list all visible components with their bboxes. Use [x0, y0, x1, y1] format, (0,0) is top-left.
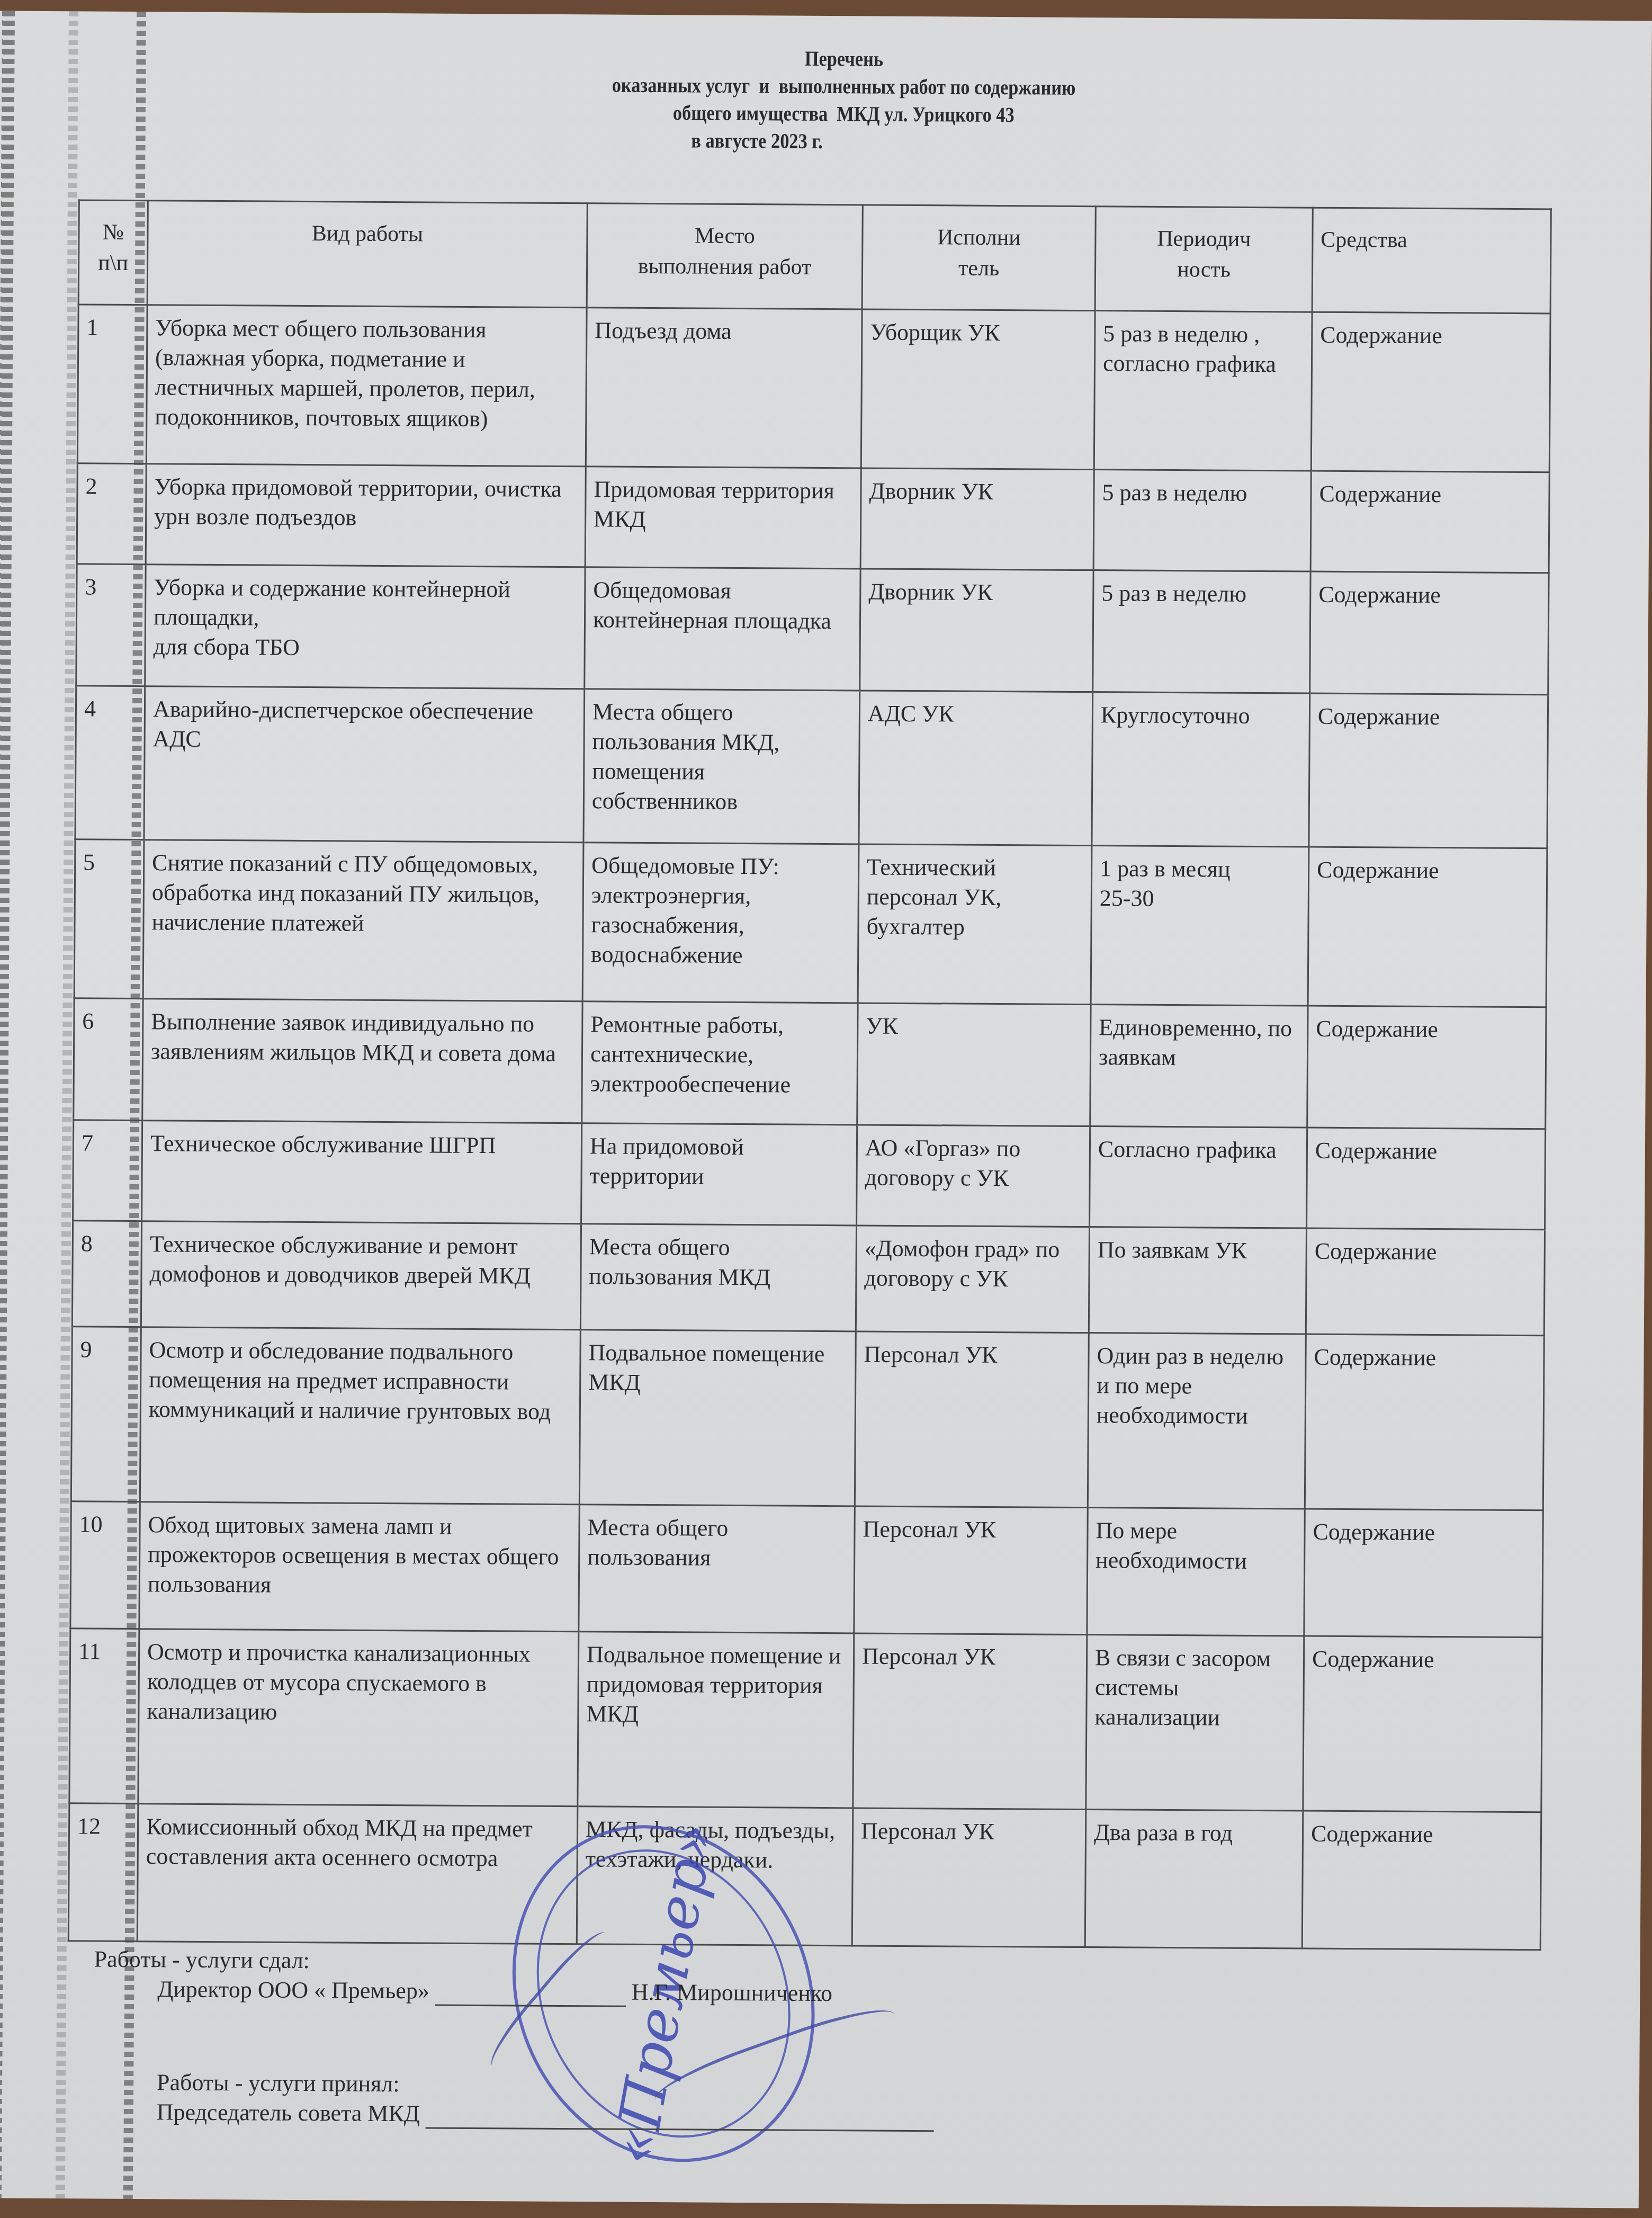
cell-executor: Дворник УК	[860, 468, 1094, 570]
document-title: Перечень оказанных услуг и выполненных р…	[115, 41, 1536, 159]
cell-number: 1	[77, 305, 147, 464]
cell-number: 9	[71, 1327, 141, 1502]
cell-periodicity: 1 раз в месяц 25-30	[1091, 846, 1309, 1006]
cell-funds: Содержание	[1303, 1636, 1542, 1812]
header-executor: Исполни тель	[862, 205, 1096, 311]
cell-number: 11	[69, 1629, 139, 1804]
cell-work-type: Техническое обслуживание ШГРП	[142, 1121, 582, 1224]
cell-number: 3	[76, 564, 146, 686]
cell-work-type: Обход щитовых замена ламп и прожекторов …	[139, 1502, 579, 1632]
cell-executor: Персонал УК	[853, 1633, 1087, 1810]
cell-work-type: Снятие показаний с ПУ общедомовых, обраб…	[143, 840, 583, 1001]
cell-periodicity: 5 раз в неделю	[1093, 570, 1310, 694]
cell-place: Подъезд дома	[586, 308, 862, 468]
cell-periodicity: 5 раз в неделю , согласно графика	[1094, 311, 1312, 471]
cell-place: Места общего пользования МКД, помещения …	[583, 689, 860, 844]
cell-number: 4	[75, 686, 145, 840]
cell-number: 6	[74, 998, 143, 1121]
director-row: Директор ООО « Премьер» Н.Г. Мирошниченк…	[94, 1974, 935, 2009]
cell-funds: Содержание	[1307, 1006, 1546, 1129]
table-row: 4Аварийно-диспетчерское обеспечение АДСМ…	[75, 686, 1548, 848]
cell-executor: УК	[857, 1003, 1091, 1126]
cell-work-type: Выполнение заявок индивидуально по заявл…	[142, 999, 582, 1123]
table-row: 6Выполнение заявок индивидуально по заяв…	[74, 998, 1546, 1129]
cell-funds: Содержание	[1305, 1334, 1544, 1510]
cell-number: 7	[73, 1120, 142, 1221]
header-work-type: Вид работы	[147, 201, 587, 308]
cell-number: 12	[68, 1803, 138, 1942]
cell-executor: Персонал УК	[852, 1808, 1086, 1947]
director-label: Директор ООО « Премьер»	[157, 1976, 429, 2004]
cell-periodicity: По заявкам УК	[1089, 1227, 1306, 1335]
header-periodicity: Периодич ность	[1095, 207, 1313, 312]
cell-funds: Содержание	[1304, 1509, 1543, 1638]
handed-over-label: Работы - услуги сдал:	[94, 1945, 935, 1980]
table-row: 11Осмотр и прочистка канализационных кол…	[69, 1629, 1542, 1812]
cell-funds: Содержание	[1307, 1128, 1546, 1230]
cell-work-type: Комиссионный обход МКД на предмет состав…	[137, 1804, 578, 1944]
cell-place: Места общего пользования	[579, 1505, 855, 1633]
chairman-row: Председатель совета МКД	[93, 2097, 934, 2132]
cell-periodicity: Два раза в год	[1085, 1810, 1303, 1948]
table-row: 3Уборка и содержание контейнерной площад…	[76, 564, 1549, 695]
table-row: 7Техническое обслуживание ШГРПНа придомо…	[73, 1120, 1546, 1230]
header-place: Место выполнения работ	[587, 203, 863, 309]
cell-periodicity: В связи с засором системы канализации	[1086, 1635, 1304, 1811]
cell-executor: АДС УК	[859, 691, 1093, 846]
chairman-label: Председатель совета МКД	[157, 2099, 420, 2126]
cell-place: Ремонтные работы, сантехнические, электр…	[582, 1001, 858, 1125]
cell-work-type: Уборка мест общего пользования (влажная …	[146, 305, 587, 467]
table-row: 10Обход щитовых замена ламп и прожекторо…	[70, 1501, 1543, 1638]
cell-place: Общедомовая контейнерная площадка	[585, 567, 860, 691]
document-page: Перечень оказанных услуг и выполненных р…	[0, 11, 1652, 2203]
header-funds: Средства	[1312, 208, 1551, 314]
table-row: 12Комиссионный обход МКД на предмет сост…	[68, 1803, 1541, 1950]
cell-executor: «Домофон град» по договору с УК	[856, 1226, 1089, 1333]
cell-funds: Содержание	[1310, 571, 1549, 695]
cell-work-type: Осмотр и прочистка канализационных колод…	[138, 1629, 579, 1806]
header-number: № п\п	[78, 200, 148, 305]
table-row: 8Техническое обслуживание и ремонт домоф…	[72, 1221, 1545, 1336]
cell-executor: Технический персонал УК, бухгалтер	[858, 844, 1092, 1005]
cell-funds: Содержание	[1311, 312, 1550, 472]
table-row: 2Уборка придомовой территории, очистка у…	[77, 463, 1549, 573]
cell-funds: Содержание	[1309, 693, 1548, 848]
cell-number: 2	[77, 463, 146, 565]
director-name: Н.Г. Мирошниченко	[632, 1979, 833, 2006]
cell-place: Подвальное помещение и придомовая террит…	[578, 1632, 854, 1808]
cell-periodicity: Единовременно, по заявкам	[1090, 1005, 1308, 1128]
cell-periodicity: Согласно графика	[1090, 1126, 1307, 1229]
cell-executor: АО «Горгаз» по договору с УК	[857, 1125, 1090, 1227]
cell-work-type: Уборка и содержание контейнерной площадк…	[145, 565, 585, 689]
cell-work-type: Аварийно-диспетчерское обеспечение АДС	[144, 686, 585, 843]
cell-periodicity: Круглосуточно	[1092, 692, 1310, 847]
cell-executor: Уборщик УК	[861, 309, 1095, 470]
cell-place: Общедомовые ПУ: электроэнергия, газоснаб…	[582, 843, 859, 1003]
cell-executor: Персонал УК	[854, 1506, 1088, 1635]
cell-place: Придомовая территория МКД	[585, 467, 861, 569]
cell-funds: Содержание	[1310, 471, 1549, 573]
cell-executor: Персонал УК	[855, 1331, 1089, 1508]
cell-periodicity: 5 раз в неделю	[1093, 470, 1311, 572]
works-table: № п\п Вид работы Место выполнения работ …	[68, 199, 1552, 1951]
cell-place: Места общего пользования МКД	[580, 1224, 856, 1331]
table-row: 9Осмотр и обследование подвального помещ…	[71, 1327, 1544, 1510]
table-row: 5Снятие показаний с ПУ общедомовых, обра…	[74, 839, 1547, 1007]
signature-block: Работы - услуги сдал: Директор ООО « Пре…	[93, 1945, 935, 2132]
cell-number: 8	[72, 1221, 141, 1327]
cell-executor: Дворник УК	[860, 569, 1093, 692]
cell-funds: Содержание	[1308, 847, 1547, 1007]
cell-place: Подвальное помещение МКД	[579, 1330, 856, 1506]
cell-funds: Содержание	[1302, 1811, 1541, 1950]
cell-work-type: Техническое обслуживание и ремонт домофо…	[141, 1221, 581, 1330]
cell-number: 5	[74, 839, 144, 999]
cell-place: На придомовой территории	[581, 1123, 857, 1226]
cell-periodicity: По мере необходимости	[1087, 1508, 1305, 1636]
cell-work-type: Осмотр и обследование подвального помеще…	[140, 1327, 580, 1505]
table-header-row: № п\п Вид работы Место выполнения работ …	[78, 200, 1551, 314]
binder-perforation	[0, 11, 15, 2198]
cell-work-type: Уборка придомовой территории, очистка ур…	[146, 464, 586, 567]
cell-funds: Содержание	[1306, 1228, 1545, 1336]
table-row: 1Уборка мест общего пользования (влажная…	[77, 305, 1550, 472]
accepted-label: Работы - услуги принял:	[93, 2068, 934, 2103]
cell-periodicity: Один раз в неделю и по мере необходимост…	[1088, 1333, 1306, 1509]
cell-number: 10	[70, 1501, 140, 1629]
